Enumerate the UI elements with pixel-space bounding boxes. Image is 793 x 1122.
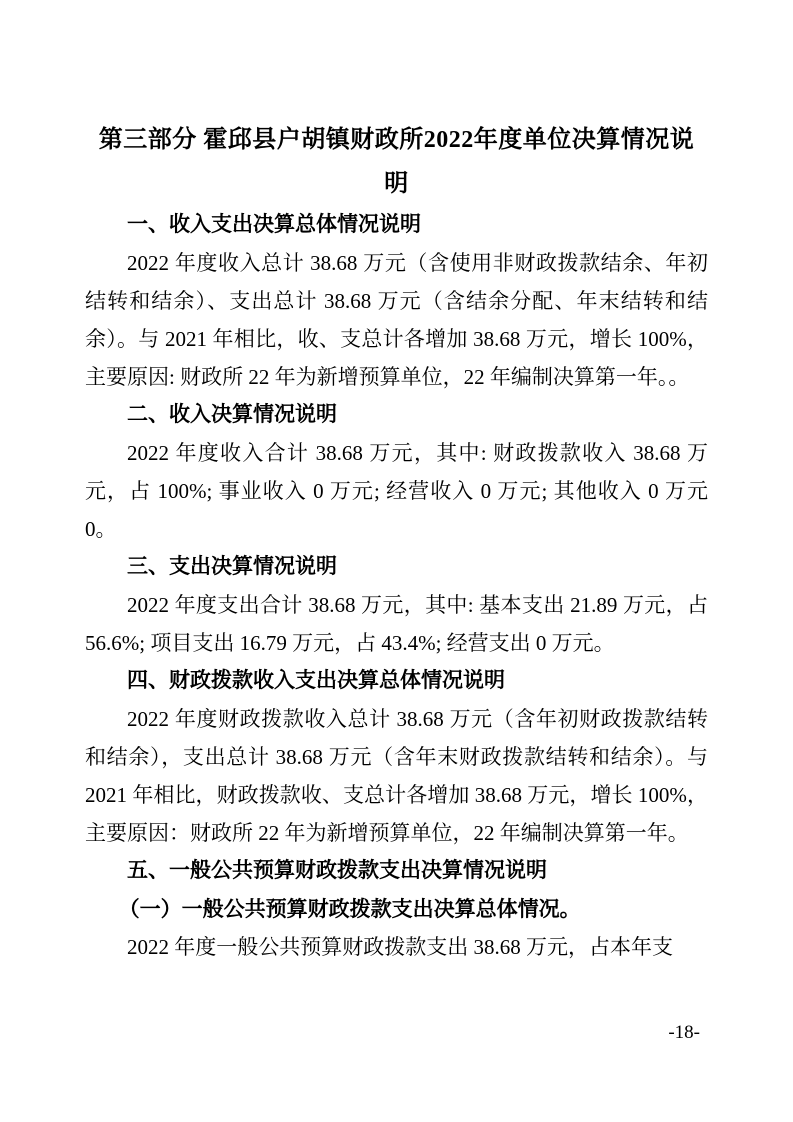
section-general-public-budget-expenditure: 五、一般公共预算财政拨款支出决算情况说明 （一）一般公共预算财政拨款支出决算总体…: [85, 852, 708, 966]
section-heading: 四、财政拨款收入支出决算总体情况说明: [85, 662, 708, 700]
section-paragraph: 2022 年度财政拨款收入总计 38.68 万元（含年初财政拨款结转和结余），支…: [85, 700, 708, 852]
section-heading: 二、收入决算情况说明: [85, 396, 708, 434]
section-fiscal-appropriation-overview: 四、财政拨款收入支出决算总体情况说明 2022 年度财政拨款收入总计 38.68…: [85, 662, 708, 852]
document-body: 一、收入支出决算总体情况说明 2022 年度收入总计 38.68 万元（含使用非…: [85, 206, 708, 966]
section-heading: 五、一般公共预算财政拨款支出决算情况说明: [85, 852, 708, 890]
section-subheading: （一）一般公共预算财政拨款支出决算总体情况。: [85, 890, 708, 928]
section-paragraph: 2022 年度支出合计 38.68 万元，其中: 基本支出 21.89 万元，占…: [85, 586, 708, 662]
section-heading: 一、收入支出决算总体情况说明: [85, 206, 708, 244]
section-paragraph: 2022 年度收入合计 38.68 万元，其中: 财政拨款收入 38.68 万元…: [85, 434, 708, 548]
section-income-expenditure-overview: 一、收入支出决算总体情况说明 2022 年度收入总计 38.68 万元（含使用非…: [85, 206, 708, 396]
section-paragraph: 2022 年度收入总计 38.68 万元（含使用非财政拨款结余、年初结转和结余）…: [85, 244, 708, 396]
section-expenditure-details: 三、支出决算情况说明 2022 年度支出合计 38.68 万元，其中: 基本支出…: [85, 548, 708, 662]
section-income-details: 二、收入决算情况说明 2022 年度收入合计 38.68 万元，其中: 财政拨款…: [85, 396, 708, 548]
section-heading: 三、支出决算情况说明: [85, 548, 708, 586]
document-page: 第三部分 霍邱县户胡镇财政所2022年度单位决算情况说明 一、收入支出决算总体情…: [0, 0, 793, 1122]
document-title: 第三部分 霍邱县户胡镇财政所2022年度单位决算情况说明: [91, 118, 703, 206]
page-number: -18-: [668, 1022, 700, 1044]
section-paragraph: 2022 年度一般公共预算财政拨款支出 38.68 万元，占本年支: [85, 928, 708, 966]
